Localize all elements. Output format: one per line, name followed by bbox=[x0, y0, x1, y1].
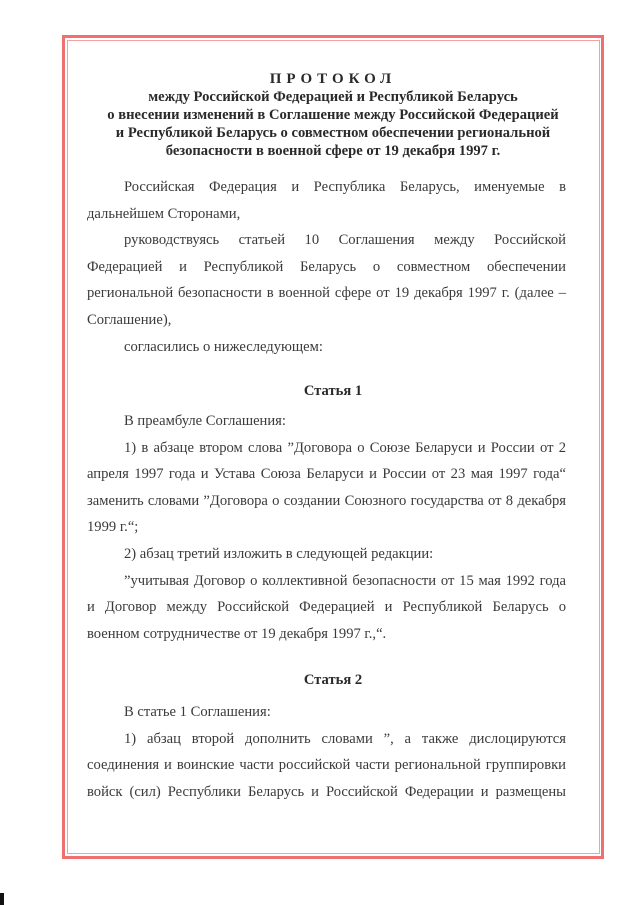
article-2-title: Статья 2 bbox=[70, 672, 596, 689]
scan-corner-mark bbox=[0, 893, 4, 905]
article-2-body: В статье 1 Соглашения: 1) абзац второй д… bbox=[87, 699, 566, 805]
article-1-body: В преамбуле Соглашения: 1) в абзаце втор… bbox=[87, 408, 566, 647]
article-paragraph: 1) в абзаце втором слова ”Договора о Сою… bbox=[87, 435, 566, 541]
heading-line: и Республикой Беларусь о совместном обес… bbox=[70, 124, 596, 142]
document-heading: ПРОТОКОЛ между Российской Федерацией и Р… bbox=[70, 70, 596, 160]
preamble-paragraph: Российская Федерация и Республика Белару… bbox=[87, 174, 566, 227]
article-paragraph: В преамбуле Соглашения: bbox=[87, 408, 566, 435]
heading-line: о внесении изменений в Соглашение между … bbox=[70, 106, 596, 124]
preamble: Российская Федерация и Республика Белару… bbox=[87, 174, 566, 360]
article-paragraph: 1) абзац второй дополнить словами ”, а т… bbox=[87, 726, 566, 806]
document-title: ПРОТОКОЛ bbox=[70, 70, 596, 88]
article-paragraph: ”учитывая Договор о коллективной безопас… bbox=[87, 568, 566, 648]
preamble-paragraph: согласились о нижеследующем: bbox=[87, 334, 566, 361]
article-1-title: Статья 1 bbox=[70, 383, 596, 400]
article-paragraph: 2) абзац третий изложить в следующей ред… bbox=[87, 541, 566, 568]
article-paragraph: В статье 1 Соглашения: bbox=[87, 699, 566, 726]
heading-line: безопасности в военной сфере от 19 декаб… bbox=[70, 142, 596, 160]
preamble-paragraph: руководствуясь статьей 10 Соглашения меж… bbox=[87, 227, 566, 333]
heading-line: между Российской Федерацией и Республико… bbox=[70, 88, 596, 106]
